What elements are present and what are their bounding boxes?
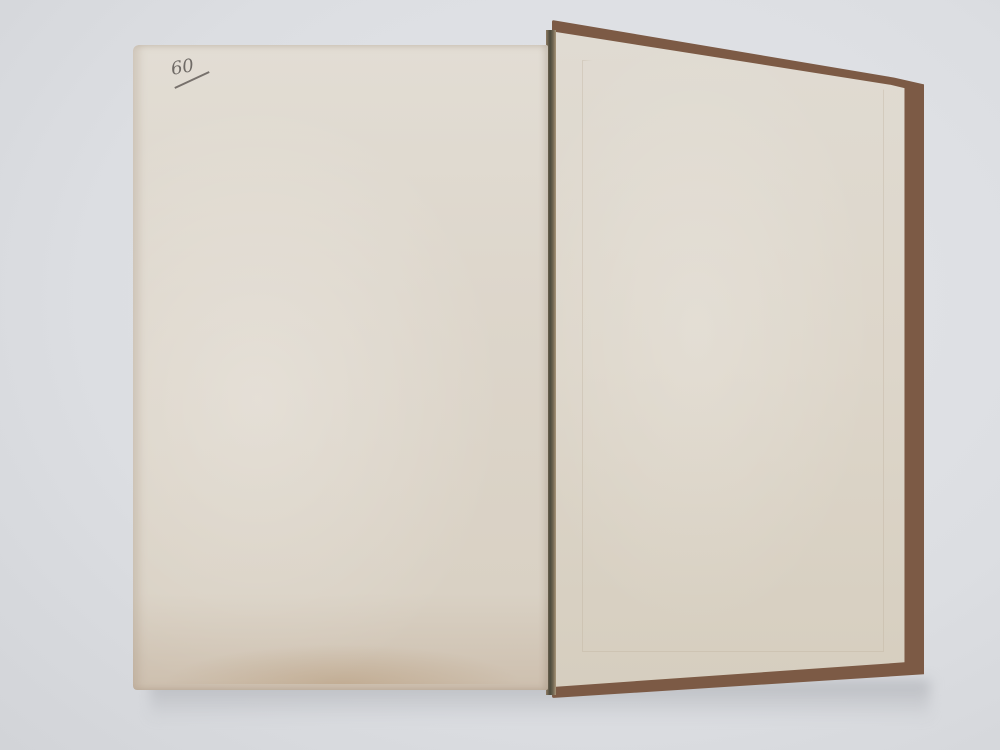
- cover-pastedown-page: [556, 32, 908, 692]
- cover-turn-in-outline: [582, 60, 884, 652]
- handwritten-note: 60: [169, 55, 195, 80]
- flyleaf-page: 60: [133, 45, 548, 690]
- foxing-stain: [163, 644, 523, 684]
